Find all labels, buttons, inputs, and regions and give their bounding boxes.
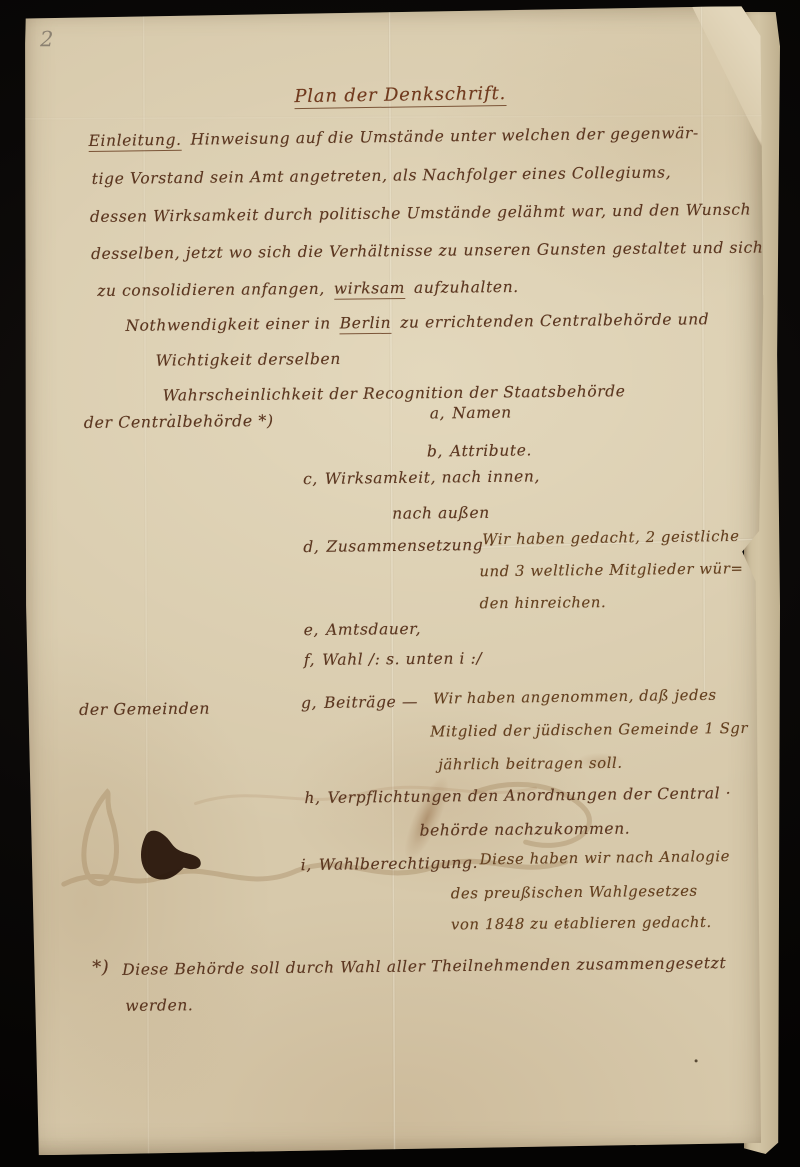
intro-line-5-post: aufzuhalten. [414, 278, 519, 297]
manuscript-page: 2 Plan der Denkschrift. Einleitung.Hinwe… [22, 6, 767, 1155]
handwriting-layer: 2 Plan der Denkschrift. Einleitung.Hinwe… [0, 0, 800, 1167]
item-label: Verpflichtungen den Anordnungen der Cent… [327, 784, 731, 807]
outline-item-c: c,Wirksamkeit, nach innen, [303, 467, 540, 488]
intro-line-5: zu consolidieren anfangen,wirksamaufzuha… [97, 278, 519, 300]
intro-line-1-text: Hinweisung auf die Umstände unter welche… [190, 124, 698, 149]
outline-item-g: g,Beiträge — [301, 693, 418, 712]
item-key: h, [304, 789, 320, 807]
margin-label-centralbehoerde: der Centralbehörde *) [84, 411, 274, 432]
item-label: Amtsdauer, [326, 620, 421, 639]
footnote-mark: *) [92, 957, 109, 978]
intro-line-5-pre: zu consolidieren anfangen, [97, 280, 325, 300]
margin-label-gemeinden: der Gemeinden [79, 699, 210, 719]
outline-item-i: i,Wahlberechtigung. [301, 854, 479, 874]
outline-item-d-note-3: den hinreichen. [480, 594, 607, 612]
outline-item-g-note-3: jährlich beitragen soll. [438, 755, 622, 774]
footnote-line-2: werden. [125, 996, 193, 1015]
item-label: Beiträge — [324, 693, 418, 712]
item-label: Wahl /: s. unten i :/ [322, 649, 482, 669]
statement-necessity: Nothwendigkeit einer inBerlinzu errichte… [125, 310, 709, 335]
outline-item-i-note-3: von 1848 zu etablieren gedacht. [451, 914, 712, 934]
intro-line-3: dessen Wirksamkeit durch politische Umst… [90, 200, 752, 226]
item-key: g, [301, 694, 317, 712]
item-key: e, [304, 621, 319, 639]
outline-item-i-note-2: des preußischen Wahlgesetzes [451, 883, 698, 903]
item-label: Wirksamkeit, nach innen, [325, 467, 540, 487]
outline-item-c-sub: nach außen [392, 504, 490, 523]
item-label: Namen [452, 403, 512, 422]
outline-item-a: a,Namen [430, 403, 512, 422]
statement-importance: Wichtigkeit derselben [155, 350, 341, 370]
item-key: a, [430, 404, 446, 422]
item-key: f, [304, 651, 315, 669]
footnote-line-1: Diese Behörde soll durch Wahl aller Thei… [122, 954, 726, 979]
item-label: Zusammensetzung · [326, 536, 494, 556]
item-label: Wahlberechtigung. [319, 854, 478, 874]
item-key: i, [301, 856, 312, 874]
intro-line-4: desselben, jetzt wo sich die Verhältniss… [91, 239, 764, 263]
item-key: b, [427, 442, 443, 460]
outline-item-g-note-2: Mitglied der jüdischen Gemeinde 1 Sgr [430, 720, 748, 741]
outline-item-d-note-1: Wir haben gedacht, 2 geistliche [482, 528, 739, 548]
photo-background: 2 Plan der Denkschrift. Einleitung.Hinwe… [0, 0, 800, 1167]
item-key: c, [303, 470, 318, 488]
outline-item-g-note-1: Wir haben angenommen, daß jedes [433, 687, 717, 708]
outline-item-d-note-2: und 3 weltliche Mitglieder wür= [479, 560, 743, 580]
outline-item-b: b,Attribute. [427, 441, 532, 460]
statement-necessity-post: zu errichtenden Centralbehörde und [400, 310, 709, 332]
outline-item-h-cont: behörde nachzukommen. [420, 820, 631, 840]
outline-item-f: f,Wahl /: s. unten i :/ [304, 649, 483, 669]
statement-necessity-place: Berlin [340, 314, 392, 335]
item-label: Attribute. [450, 441, 532, 460]
intro-line-1: Einleitung.Hinweisung auf die Umstände u… [88, 124, 698, 150]
outline-item-e: e,Amtsdauer, [304, 620, 422, 639]
page-number: 2 [40, 27, 53, 51]
outline-item-d: d,Zusammensetzung · [303, 536, 494, 556]
statement-necessity-pre: Nothwendigkeit einer in [125, 315, 331, 335]
intro-line-2: tige Vorstand sein Amt angetreten, als N… [92, 163, 672, 188]
outline-item-h: h,Verpflichtungen den Anordnungen der Ce… [304, 784, 731, 807]
intro-heading: Einleitung. [88, 131, 181, 152]
document-title: Plan der Denkschrift. [294, 83, 506, 107]
title-text: Plan der Denkschrift. [294, 83, 506, 109]
statement-probability: Wahrscheinlichkeit der Recognition der S… [163, 382, 626, 404]
intro-line-5-emphasis: wirksam [334, 279, 405, 300]
item-key: d, [303, 538, 319, 556]
outline-item-i-note-1: Diese haben wir nach Analogie [480, 848, 731, 868]
